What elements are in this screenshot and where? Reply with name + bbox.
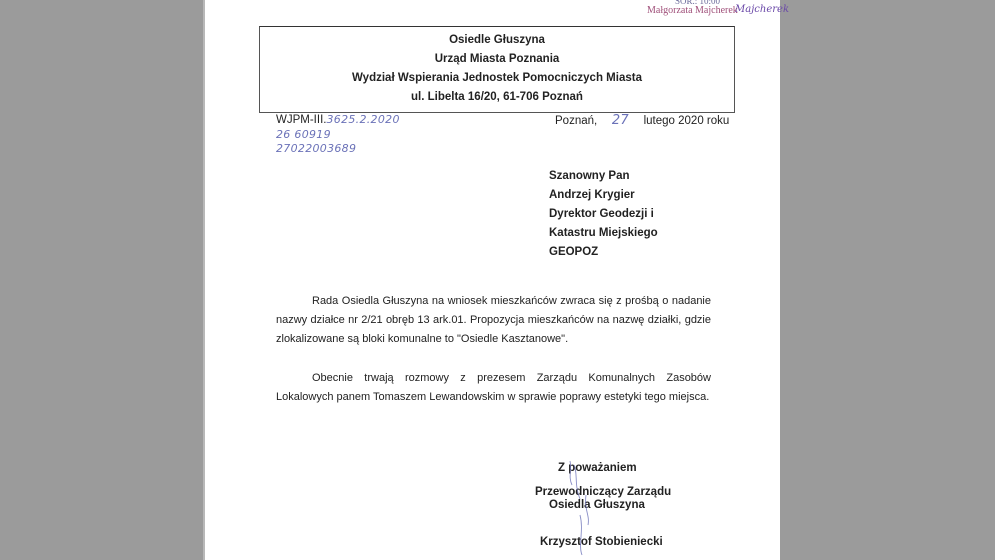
reference-prefix: WJPM-III.: [276, 114, 326, 126]
letterhead-line-office: Urząd Miasta Poznania: [260, 50, 734, 69]
addressee-title-2: Katastru Miejskiego: [549, 224, 658, 243]
place: Poznań,: [555, 115, 597, 127]
letterhead-line-address: ul. Libelta 16/20, 61-706 Poznań: [260, 88, 734, 107]
closing-title-line-2: Osiedla Głuszyna: [549, 499, 645, 511]
addressee-name: Andrzej Krygier: [549, 186, 658, 205]
reference-handwritten: 3625.2.2020: [326, 113, 399, 126]
reference-line-2: 26 60919: [276, 128, 331, 141]
date-rest: lutego 2020 roku: [644, 115, 730, 127]
closing-title-line-1: Przewodniczący Zarządu: [535, 486, 671, 498]
reference-number: WJPM-III.3625.2.2020: [276, 113, 400, 126]
addressee-block: Szanowny Pan Andrzej Krygier Dyrektor Ge…: [549, 167, 658, 262]
letterhead-line-organization: Osiedle Głuszyna: [260, 31, 734, 50]
place-date: Poznań, 27 lutego 2020 roku: [555, 113, 729, 128]
body-paragraph-1: Rada Osiedla Głuszyna na wniosek mieszka…: [276, 292, 711, 349]
letterhead-line-department: Wydział Wspierania Jednostek Pomocniczyc…: [260, 69, 734, 88]
addressee-salutation: Szanowny Pan: [549, 167, 658, 186]
addressee-organization: GEOPOZ: [549, 243, 658, 262]
body-paragraph-2: Obecnie trwają rozmowy z prezesem Zarząd…: [276, 369, 711, 407]
stamp-signature: Majcherek: [735, 4, 789, 15]
letterhead-box: Osiedle Głuszyna Urząd Miasta Poznania W…: [259, 26, 735, 113]
closing-signatory: Krzysztof Stobieniecki: [540, 536, 663, 548]
closing-greeting: Z poważaniem: [558, 462, 637, 474]
date-day: 27: [600, 113, 640, 128]
addressee-title-1: Dyrektor Geodezji i: [549, 205, 658, 224]
reference-line-3: 27022003689: [276, 142, 356, 155]
stamp-name: Małgorzata Majcherek: [647, 5, 738, 16]
